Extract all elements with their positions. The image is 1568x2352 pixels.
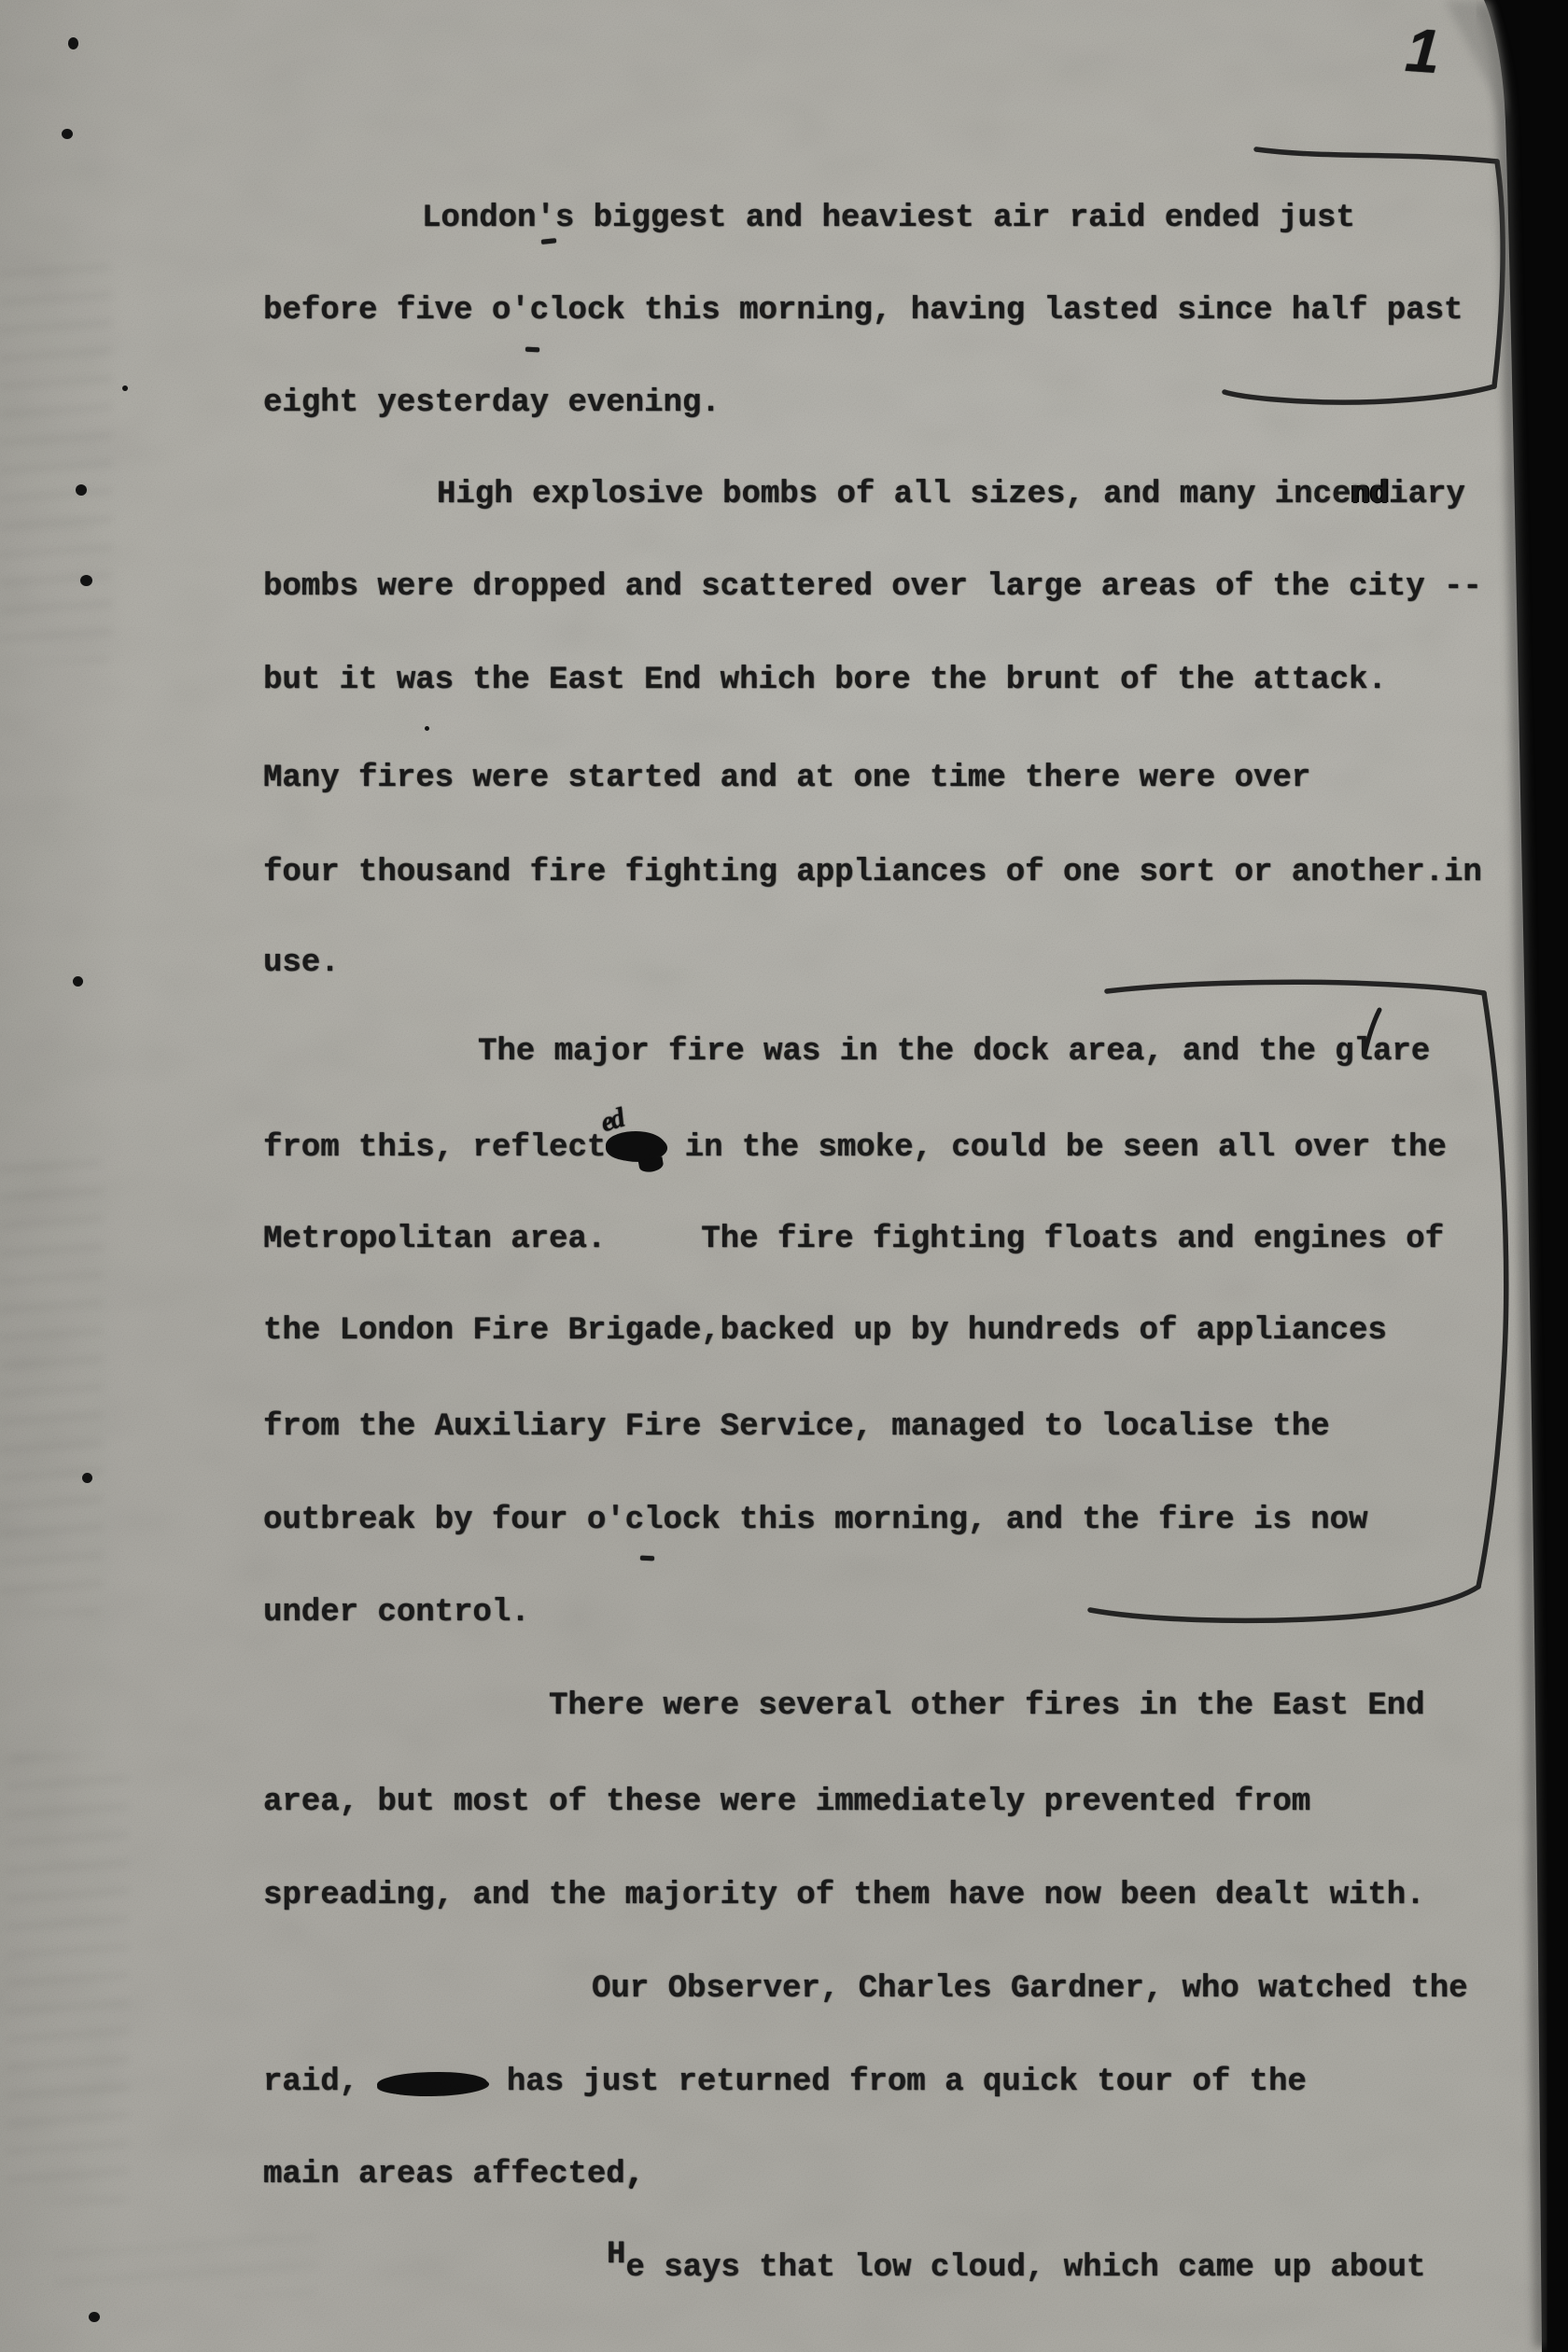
- raised-letter: H: [607, 2237, 625, 2273]
- typed-line: bombs were dropped and scattered over la…: [263, 568, 1482, 606]
- typed-line: the London Fire Brigade,backed up by hun…: [263, 1312, 1387, 1350]
- show-through-ghost-text: [0, 1157, 103, 1615]
- typed-text: There were several other fires in the Ea…: [549, 1688, 1425, 1724]
- scan-edge-black-band: [1484, 0, 1568, 2352]
- margin-bracket-first-paragraph: [1225, 149, 1503, 402]
- typed-text: raid,: [263, 2065, 377, 2100]
- typed-line: Many fires were started and at one time …: [263, 760, 1310, 797]
- ink-speck: [68, 37, 78, 49]
- typed-line: Metropolitan area. The fire fighting flo…: [263, 1221, 1444, 1258]
- typed-line: area, but most of these were immediately…: [263, 1784, 1310, 1821]
- typed-line: The major fire was in the dock area, and…: [478, 1033, 1430, 1071]
- typed-line: raid, has just returned from a quick tou…: [263, 2064, 1307, 2101]
- typed-text: London's biggest and heaviest air raid e…: [422, 201, 1355, 236]
- typed-line: four thousand fire fighting appliances o…: [263, 854, 1482, 891]
- typed-text: under control.: [263, 1595, 530, 1631]
- typed-text: Metropolitan area. The fire fighting flo…: [263, 1222, 1444, 1257]
- show-through-ghost-text: [0, 261, 112, 663]
- typed-text: area, but most of these were immediately…: [263, 1785, 1310, 1820]
- paper-corner-shading: [1445, 0, 1505, 117]
- typed-line: before five o'clock this morning, having…: [263, 292, 1463, 329]
- typed-line: from this, reflected in the smoke, could…: [263, 1126, 1447, 1167]
- typed-line: main areas affected,: [263, 2156, 644, 2193]
- typed-text: use.: [263, 945, 340, 981]
- ink-speck: [76, 484, 87, 496]
- typed-line: spreading, and the majority of them have…: [263, 1877, 1425, 1914]
- typed-line: use.: [263, 945, 340, 982]
- typed-text: Many fires were started and at one time …: [263, 761, 1310, 796]
- typed-text: but it was the East End which bore the b…: [263, 663, 1387, 698]
- ink-speck: [62, 129, 73, 139]
- ink-speck: [425, 726, 429, 731]
- typed-text: The major fire was in the dock area, and…: [478, 1034, 1430, 1070]
- typed-line: but it was the East End which bore the b…: [263, 662, 1387, 699]
- typed-text: iary: [1389, 477, 1465, 512]
- typed-text: outbreak by four o'clock this morning, a…: [263, 1503, 1367, 1538]
- typed-line: London's biggest and heaviest air raid e…: [422, 200, 1355, 237]
- show-through-ghost-text: [56, 2231, 317, 2296]
- typed-line: He says that low cloud, which came up ab…: [607, 2249, 1425, 2287]
- typed-text: before five o'clock this morning, having…: [263, 293, 1463, 329]
- ink-speck: [80, 575, 92, 586]
- show-through-ghost-text: [7, 1755, 129, 2203]
- stray-typed-dash: [541, 238, 556, 245]
- heavy-punctuation: ,: [625, 2157, 644, 2192]
- stray-typed-dash: [640, 1556, 654, 1561]
- typed-text: in the smoke, could be seen all over the: [665, 1130, 1447, 1166]
- typed-text: bombs were dropped and scattered over la…: [263, 569, 1482, 605]
- typed-text: spreading, and the majority of them have…: [263, 1878, 1425, 1913]
- typed-text: High explosive bombs of all sizes, and m…: [437, 477, 1351, 512]
- ink-speck: [122, 385, 128, 391]
- stray-typed-dash: [525, 347, 539, 353]
- typed-text: from the Auxiliary Fire Service, managed…: [263, 1409, 1330, 1445]
- ink-speck: [73, 976, 83, 987]
- typed-line: under control.: [263, 1594, 530, 1631]
- typed-line: outbreak by four o'clock this morning, a…: [263, 1502, 1367, 1539]
- typed-text: from this, reflect: [263, 1130, 606, 1166]
- typed-text: Our Observer, Charles Gardner, who watch…: [592, 1971, 1468, 2007]
- typed-line: Our Observer, Charles Gardner, who watch…: [592, 1970, 1468, 2008]
- overstruck-letters: nd: [1351, 477, 1389, 512]
- scan-edge-shadow: [1482, 6, 1541, 2347]
- typed-text: eight yesterday evening.: [263, 385, 721, 421]
- ink-blot-correction: ed: [606, 1130, 666, 1162]
- typed-text: four thousand fire fighting appliances o…: [263, 855, 1482, 890]
- typed-text: main areas affected: [263, 2157, 625, 2192]
- strikeout-blot: [377, 2070, 488, 2097]
- typed-text: the London Fire Brigade,backed up by hun…: [263, 1313, 1387, 1349]
- typed-line: High explosive bombs of all sizes, and m…: [437, 476, 1465, 513]
- ink-speck: [82, 1473, 92, 1483]
- typed-line: from the Auxiliary Fire Service, managed…: [263, 1408, 1330, 1446]
- handwritten-page-number: 1: [1403, 14, 1442, 87]
- typed-text: e says that low cloud, which came up abo…: [625, 2250, 1425, 2286]
- typed-line: eight yesterday evening.: [263, 385, 721, 422]
- typed-text: has just returned from a quick tour of t…: [487, 2065, 1306, 2100]
- ink-speck: [89, 2312, 100, 2322]
- typed-line: There were several other fires in the Ea…: [549, 1687, 1425, 1725]
- scanned-document-page: London's biggest and heaviest air raid e…: [0, 0, 1568, 2352]
